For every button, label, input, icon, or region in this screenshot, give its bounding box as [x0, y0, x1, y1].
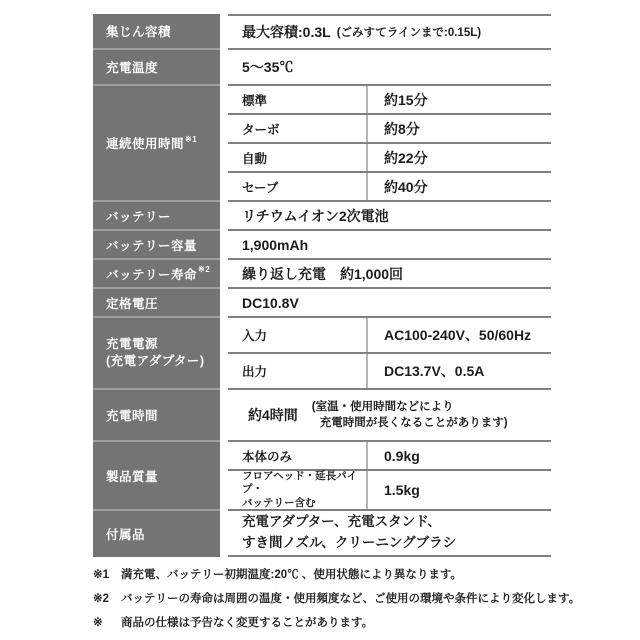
mode-name: 標準	[228, 86, 368, 113]
row-label-product-weight: 製品質量	[93, 442, 220, 511]
row-label-charging-temp: 充電温度	[93, 50, 220, 86]
footnote-general: ※ 商品の仕様は予告なく変更することがあります。	[93, 615, 580, 631]
mode-row-turbo: ターボ 約8分	[228, 115, 551, 144]
column-gap	[220, 50, 228, 86]
mode-value: 約15分	[368, 86, 551, 113]
mode-value: 約40分	[368, 173, 551, 200]
charging-power-label-line1: 充電電源	[106, 336, 158, 353]
row-value-rated-voltage: DC10.8V	[228, 289, 551, 318]
dust-capacity-note: (ごみすてラインまで:0.15L)	[337, 24, 481, 40]
io-row-output: 出力 DC13.7V、0.5A	[228, 354, 551, 390]
column-gap	[220, 231, 228, 260]
charging-power-label-line2: (充電アダプター)	[106, 353, 205, 370]
io-value: AC100-240V、50/60Hz	[368, 318, 551, 352]
mode-name: セーブ	[228, 173, 368, 200]
row-label-battery: バッテリー	[93, 202, 220, 231]
table-row-battery-life: バッテリー寿命※2 繰り返し充電 約1,000回	[93, 260, 551, 289]
column-gap	[220, 390, 228, 442]
weight-item-value: 1.5kg	[368, 471, 551, 509]
footnote-mark: ※2	[93, 591, 121, 607]
footnote-ref-1: ※1	[185, 135, 197, 144]
mode-row-standard: 標準 約15分	[228, 86, 551, 115]
io-name: 入力	[228, 318, 368, 352]
weight-row-with-parts: フロアヘッド・延長パイプ・ バッテリー含む 1.5kg	[228, 471, 551, 511]
mode-value: 約8分	[368, 115, 551, 142]
row-label-dust-capacity: 集じん容積	[93, 14, 220, 50]
table-row-battery-capacity: バッテリー容量 1,900mAh	[93, 231, 551, 260]
footnote-text: 満充電、バッテリー初期温度:20℃ 、使用状態により異なります。	[121, 567, 462, 583]
mode-name: 自動	[228, 144, 368, 171]
table-row-accessories: 付属品 充電アダプター、充電スタンド、 すき間ノズル、クリーニングブラシ	[93, 511, 551, 557]
row-label-battery-capacity: バッテリー容量	[93, 231, 220, 260]
table-row-charging-temp: 充電温度 5〜35℃	[93, 50, 551, 86]
column-gap	[220, 202, 228, 231]
weight-item-name-line1: フロアヘッド・延長パイプ・	[242, 470, 366, 497]
battery-life-label: バッテリー寿命	[106, 265, 197, 283]
spec-table: 集じん容積 最大容積:0.3L (ごみすてラインまで:0.15L) 充電温度 5…	[93, 14, 551, 557]
table-row-battery: バッテリー リチウムイオン2次電池	[93, 202, 551, 231]
column-gap	[220, 511, 228, 557]
table-row-dust-capacity: 集じん容積 最大容積:0.3L (ごみすてラインまで:0.15L)	[93, 14, 551, 50]
mode-row-auto: 自動 約22分	[228, 144, 551, 173]
row-value-battery-life: 繰り返し充電 約1,000回	[228, 260, 551, 289]
row-label-battery-life: バッテリー寿命※2	[93, 260, 220, 289]
footnote-mark: ※1	[93, 567, 121, 583]
footnote-ref-2: ※2	[198, 265, 210, 274]
accessories-line1: 充電アダプター、充電スタンド、	[242, 512, 456, 533]
row-label-charging-power: 充電電源 (充電アダプター)	[93, 318, 220, 390]
footnotes: ※1 満充電、バッテリー初期温度:20℃ 、使用状態により異なります。 ※2 バ…	[93, 567, 580, 639]
io-value: DC13.7V、0.5A	[368, 354, 551, 388]
column-gap	[220, 86, 228, 202]
footnote-mark: ※	[93, 615, 121, 631]
accessories-line2: すき間ノズル、クリーニングブラシ	[242, 533, 456, 554]
row-value-dust-capacity: 最大容積:0.3L (ごみすてラインまで:0.15L)	[228, 14, 551, 50]
mode-row-save: セーブ 約40分	[228, 173, 551, 202]
column-gap	[220, 260, 228, 289]
table-row-charging-power: 充電電源 (充電アダプター) 入力 AC100-240V、50/60Hz 出力 …	[93, 318, 551, 390]
table-row-charging-time: 充電時間 約4時間 (室温・使用時間などにより 充電時間が長くなることがあります…	[93, 390, 551, 442]
table-row-continuous-use: 連続使用時間※1 標準 約15分 ターボ 約8分 自動 約22分 セーブ	[93, 86, 551, 202]
column-gap	[220, 14, 228, 50]
charging-time-note-line2: 充電時間が長くなることがあります)	[312, 415, 508, 431]
charging-time-value: 約4時間	[242, 405, 298, 425]
row-label-continuous-use: 連続使用時間※1	[93, 86, 220, 202]
accessories-list: 充電アダプター、充電スタンド、 すき間ノズル、クリーニングブラシ	[242, 512, 456, 554]
row-value-battery: リチウムイオン2次電池	[228, 202, 551, 231]
charging-time-note-line1: (室温・使用時間などにより	[312, 399, 508, 415]
column-gap	[220, 442, 228, 511]
row-value-charging-temp: 5〜35℃	[228, 50, 551, 86]
row-value-charging-time: 約4時間 (室温・使用時間などにより 充電時間が長くなることがあります)	[228, 390, 551, 442]
mode-name: ターボ	[228, 115, 368, 142]
footnote-text: 商品の仕様は予告なく変更することがあります。	[121, 615, 373, 631]
weight-item-name: 本体のみ	[228, 442, 368, 469]
column-gap	[220, 289, 228, 318]
row-label-accessories: 付属品	[93, 511, 220, 557]
footnote-2: ※2 バッテリーの寿命は周囲の温度・使用頻度など、ご使用の環境や条件により変化し…	[93, 591, 580, 607]
footnote-1: ※1 満充電、バッテリー初期温度:20℃ 、使用状態により異なります。	[93, 567, 580, 583]
table-row-product-weight: 製品質量 本体のみ 0.9kg フロアヘッド・延長パイプ・ バッテリー含む 1.…	[93, 442, 551, 511]
table-row-rated-voltage: 定格電圧 DC10.8V	[93, 289, 551, 318]
row-value-accessories: 充電アダプター、充電スタンド、 すき間ノズル、クリーニングブラシ	[228, 511, 551, 557]
dust-capacity-value: 最大容積:0.3L	[242, 22, 331, 42]
footnote-text: バッテリーの寿命は周囲の温度・使用頻度など、ご使用の環境や条件により変化します。	[121, 591, 580, 607]
weight-row-body-only: 本体のみ 0.9kg	[228, 442, 551, 471]
weight-item-name: フロアヘッド・延長パイプ・ バッテリー含む	[228, 471, 368, 509]
weight-item-name-line2: バッテリー含む	[242, 497, 316, 511]
column-gap	[220, 318, 228, 390]
spec-sheet-page: 集じん容積 最大容積:0.3L (ごみすてラインまで:0.15L) 充電温度 5…	[0, 0, 640, 640]
weight-item-value: 0.9kg	[368, 442, 551, 469]
charging-time-note: (室温・使用時間などにより 充電時間が長くなることがあります)	[312, 399, 508, 431]
continuous-use-label: 連続使用時間	[106, 134, 184, 152]
row-label-rated-voltage: 定格電圧	[93, 289, 220, 318]
io-name: 出力	[228, 354, 368, 388]
mode-value: 約22分	[368, 144, 551, 171]
io-row-input: 入力 AC100-240V、50/60Hz	[228, 318, 551, 354]
row-value-battery-capacity: 1,900mAh	[228, 231, 551, 260]
row-label-charging-time: 充電時間	[93, 390, 220, 442]
